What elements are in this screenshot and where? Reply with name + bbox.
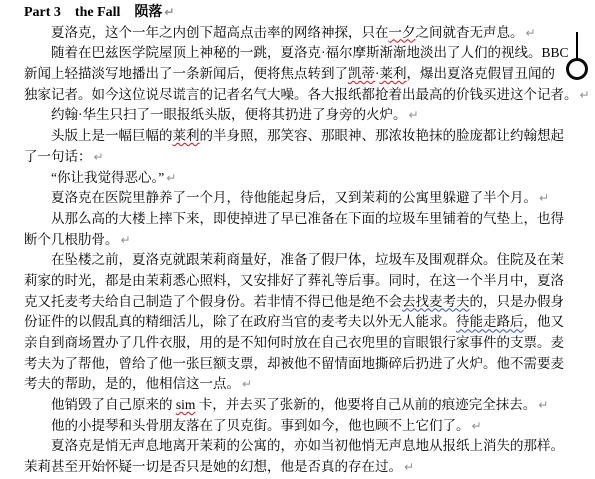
paragraph-mark-icon: ↵: [536, 398, 548, 412]
text-line[interactable]: 从那么高的大楼上摔下来，即使掉进了早已准备在下面的垃圾车里铺着的气垫上，也得: [24, 209, 595, 230]
paragraph-mark-icon: ↵: [470, 419, 482, 433]
text-segment: 莉家的时光，都是由茉莉悉心照料，又安排好了葬礼等后事。同时，在这一个半月中，夏洛: [24, 273, 564, 288]
text-segment: 他的小提琴和头骨朋友落在了贝克街。事到如今，他也顾不上它们了。: [51, 418, 470, 433]
text-line[interactable]: 随着在巴兹医学院屋顶上神秘的一跳，夏洛克·福尔摩斯渐渐地淡出了人们的视线。BBC: [24, 43, 595, 64]
text-segment: 从那么高的大楼上摔下来，即使掉进了早已准备在下面的垃圾车里铺着的气垫上，也得: [51, 211, 564, 226]
paragraph-mark-icon: ↵: [407, 108, 419, 122]
text-line[interactable]: 考夫为了帮他，曾给了他一张巨额支票，却被他不留情面地撕碎后扔进了火炉。他不需要麦: [24, 354, 595, 375]
text-line[interactable]: 亲自到商场置办了几件衣服，用的是不知何时放在自己衣兜里的盲眼银行家事件的支票。麦: [24, 333, 595, 354]
document-title-line[interactable]: Part 3 the Fall 陨落↵: [24, 2, 595, 23]
text-line[interactable]: 考夫的帮助，是的，他相信这一点。↵: [24, 374, 595, 395]
paragraph-mark-icon: ↵: [92, 150, 104, 164]
text-segment: 的半身照，那笑容、那眼神、那浓妆艳抹的脸庞都让约翰想起: [200, 128, 565, 143]
text-segment: 克又托麦考夫给自己制造了个假身份。若非情不得已他是绝不会: [24, 294, 402, 309]
text-segment: 在坠楼之前，夏洛克就跟茉莉商量好，准备了假尸体，垃圾车及围观群众。住院及在茉: [51, 252, 564, 267]
paragraph-mark-icon: ↵: [164, 171, 176, 185]
paragraph-mark-icon: ↵: [578, 88, 590, 102]
spellcheck-marked-text: 一夕: [389, 25, 416, 40]
text-segment: 夏洛克在医院里静养了一个月，待他能起身后，又到茉莉的公寓里躲避了半个月。: [51, 190, 537, 205]
text-segment: 他销毁了自己原来的: [51, 397, 176, 412]
text-line[interactable]: 在坠楼之前，夏洛克就跟茉莉商量好，准备了假尸体，垃圾车及围观群众。住院及在茉: [24, 250, 595, 271]
text-segment: 新闻上轻描淡写地播出了一条新闻后，便将焦点转到了: [24, 66, 348, 81]
text-segment: 了一句话：: [24, 149, 92, 164]
spellcheck-marked-text: sim: [176, 397, 196, 412]
text-segment: 约翰·华生只扫了一眼报纸头版，便将其扔进了身旁的火炉。: [51, 107, 407, 122]
text-segment: 夏洛克，这个一年之内创下超高点击率的网络神探，只在: [51, 25, 389, 40]
text-line[interactable]: 莉家的时光，都是由茉莉悉心照料，又安排好了葬礼等后事。同时，在这一个半月中，夏洛: [24, 271, 595, 292]
paragraph-mark-icon: ↵: [119, 233, 131, 247]
text-segment: 的，只是办假身: [470, 294, 565, 309]
text-line[interactable]: 独家记者。如今这位说尽谎言的记者名气大噪。各大报纸都抢着出最高的价钱买进这个记者…: [24, 85, 595, 106]
paragraph-mark-icon: ↵: [524, 26, 536, 40]
text-line[interactable]: 他的小提琴和头骨朋友落在了贝克街。事到如今，他也顾不上它们了。↵: [24, 416, 595, 437]
text-segment: “你让我觉得恶心。”: [51, 170, 164, 185]
grammar-marked-text: 去找麦考夫: [402, 294, 470, 309]
text-segment: 考夫为了帮他，曾给了他一张巨额支票，却被他不留情面地撕碎后扔进了火炉。他不需要麦: [24, 356, 564, 371]
text-line[interactable]: 断个几根肋骨。↵: [24, 230, 595, 251]
paragraph-mark-icon: ↵: [162, 5, 174, 19]
spellcheck-marked-text: 莱利: [380, 66, 407, 81]
grammar-marked-text: 待能走路后: [456, 314, 524, 329]
text-segment: 亲自到商场置办了几件衣服，用的是不知何时放在自己衣兜里的盲眼银行家事件的支票。麦: [24, 335, 564, 350]
text-segment: Part 3 the Fall 陨落: [24, 5, 162, 20]
text-segment: ，他又: [524, 314, 565, 329]
text-cursor-handle[interactable]: [566, 58, 588, 80]
text-segment: 卡，并去买了张新的，他要将自己从前的痕迹完全抹去。: [195, 397, 536, 412]
text-segment: 之间就杳无声息。: [416, 25, 524, 40]
text-segment: 随着在巴兹医学院屋顶上神秘的一跳，夏洛克·福尔摩斯渐渐地淡出了人们的视线。BBC: [51, 45, 569, 60]
text-line[interactable]: 了一句话：↵: [24, 147, 595, 168]
text-line[interactable]: 他销毁了自己原来的 sim 卡，并去买了张新的，他要将自己从前的痕迹完全抹去。↵: [24, 395, 595, 416]
text-segment: 独家记者。如今这位说尽谎言的记者名气大噪。各大报纸都抢着出最高的价钱买进这个记者…: [24, 87, 578, 102]
text-line[interactable]: “你让我觉得恶心。”↵: [24, 168, 595, 189]
text-line[interactable]: 夏洛克，这个一年之内创下超高点击率的网络神探，只在一夕之间就杳无声息。↵: [24, 23, 595, 44]
text-segment: 夏洛克是悄无声息地离开茉莉的公寓的，亦如当初他悄无声息地从报纸上消失的那样。: [51, 438, 564, 453]
text-line[interactable]: 约翰·华生只扫了一眼报纸头版，便将其扔进了身旁的火炉。↵: [24, 105, 595, 126]
text-segment: 考夫的帮助，是的，他相信这一点。: [24, 376, 240, 391]
spellcheck-marked-text: 凯蒂: [348, 66, 375, 81]
text-line[interactable]: 克又托麦考夫给自己制造了个假身份。若非情不得已他是绝不会去找麦考夫的，只是办假身: [24, 292, 595, 313]
text-line[interactable]: 份证件的以假乱真的精细活儿，除了在政府当官的麦考夫以外无人能求。待能走路后，他又: [24, 312, 595, 333]
document-page[interactable]: Part 3 the Fall 陨落↵夏洛克，这个一年之内创下超高点击率的网络神…: [0, 0, 595, 479]
text-line[interactable]: 新闻上轻描淡写地播出了一条新闻后，便将焦点转到了凯蒂·莱利，爆出夏洛克假冒丑闻的: [24, 64, 595, 85]
text-line[interactable]: 夏洛克是悄无声息地离开茉莉的公寓的，亦如当初他悄无声息地从报纸上消失的那样。: [24, 436, 595, 457]
text-line[interactable]: 头版上是一幅巨幅的莱利的半身照，那笑容、那眼神、那浓妆艳抹的脸庞都让约翰想起: [24, 126, 595, 147]
text-segment: 头版上是一幅巨幅的: [51, 128, 173, 143]
paragraph-mark-icon: ↵: [537, 191, 549, 205]
paragraph-mark-icon: ↵: [240, 377, 252, 391]
text-line[interactable]: 茉莉甚至开始怀疑一切是否只是她的幻想，他是否真的存在过。↵: [24, 457, 595, 478]
text-segment: 份证件的以假乱真的精细活儿，除了在政府当官的麦考夫以外无人能求。: [24, 314, 456, 329]
spellcheck-marked-text: 莱利: [173, 128, 200, 143]
text-segment: 茉莉甚至开始怀疑一切是否只是她的幻想，他是否真的存在过。: [24, 459, 402, 474]
text-segment: ，爆出夏洛克假冒丑闻的: [407, 66, 556, 81]
text-line[interactable]: 夏洛克在医院里静养了一个月，待他能起身后，又到茉莉的公寓里躲避了半个月。↵: [24, 188, 595, 209]
paragraph-mark-icon: ↵: [402, 460, 414, 474]
text-caret: [576, 32, 578, 59]
text-segment: 断个几根肋骨。: [24, 232, 119, 247]
